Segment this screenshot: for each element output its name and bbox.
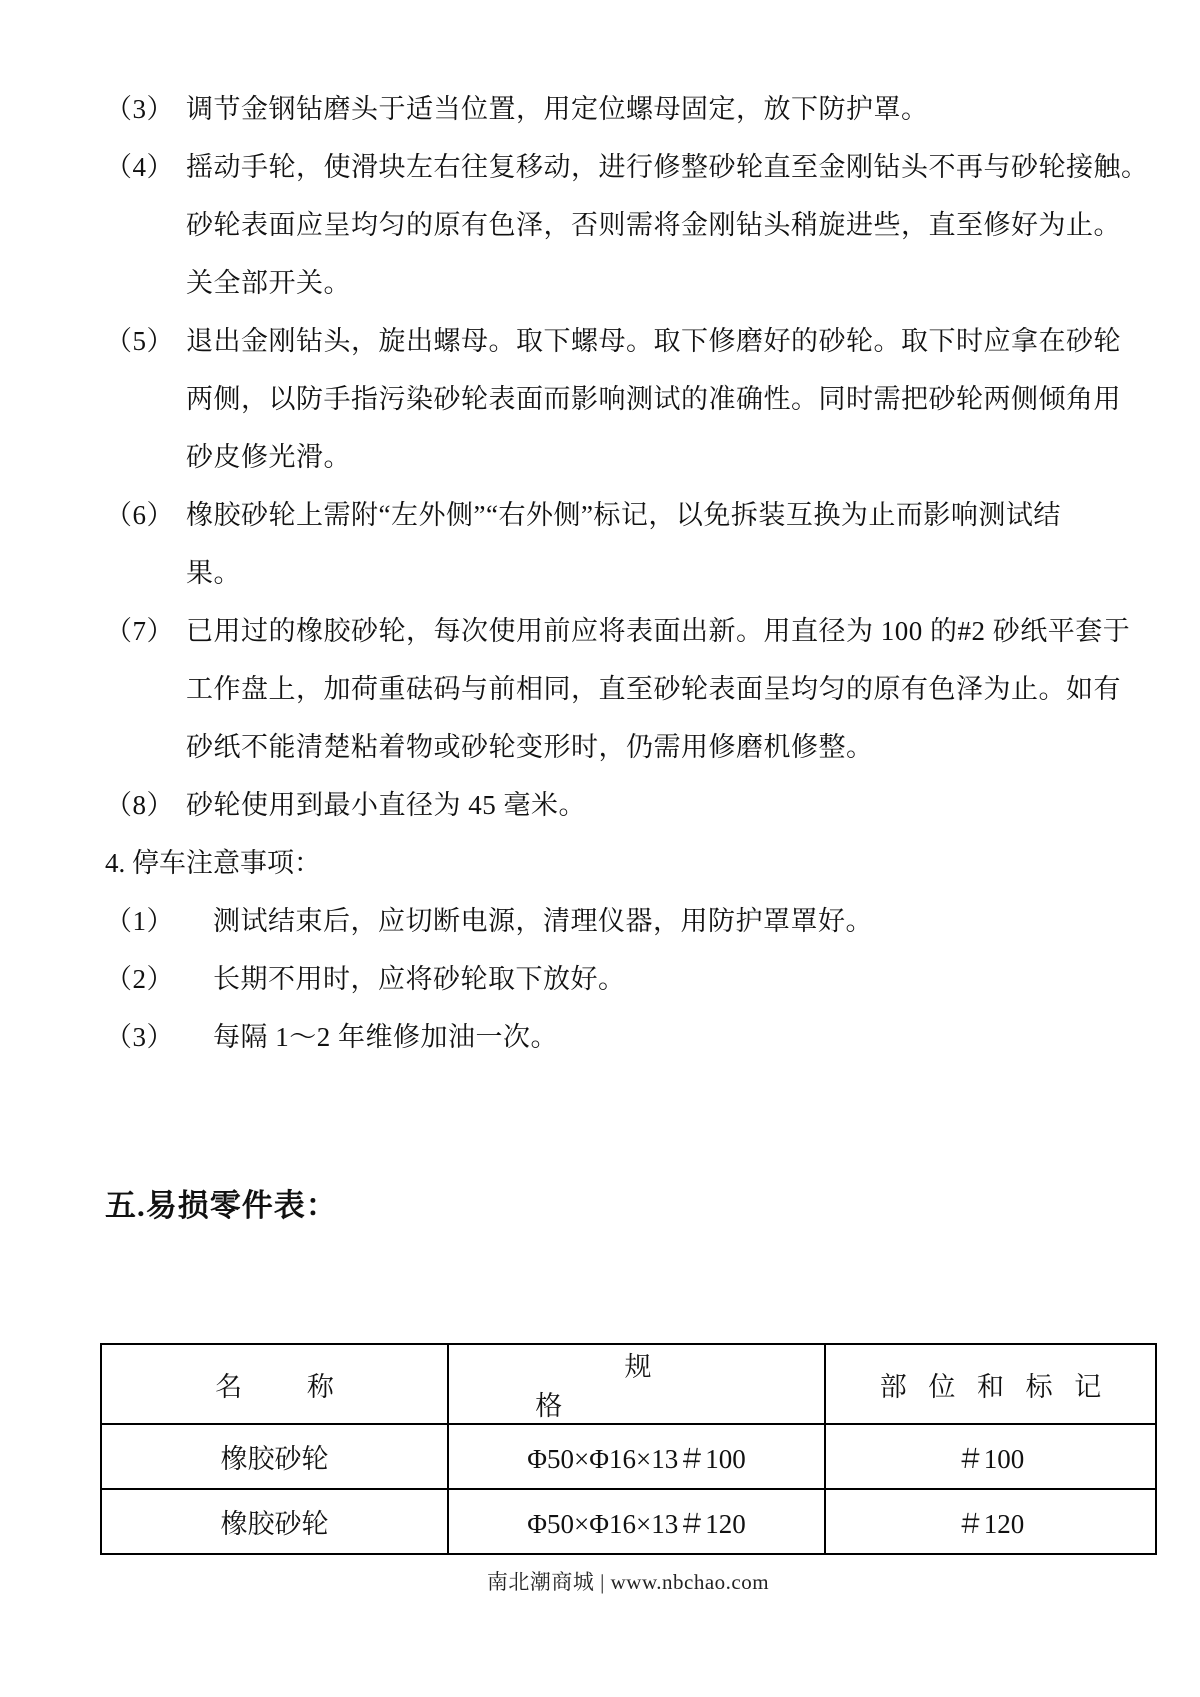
parts-table: 名称 规格 部位和标记 橡胶砂轮 Φ50×Φ16×13＃100 ＃100 橡胶砂… [100,1343,1157,1555]
table-header-name: 名称 [101,1344,448,1424]
item-text: 橡胶砂轮上需附“左外侧”“右外侧”标记，以免拆装互换为止而影响测试结 [186,500,1061,530]
cell-spec: Φ50×Φ16×13＃100 [448,1424,825,1489]
item-text: 砂轮使用到最小直径为 45 毫米。 [186,790,586,820]
item-text: 退出金刚钻头，旋出螺母。取下螺母。取下修磨好的砂轮。取下时应拿在砂轮 [186,326,1121,356]
item-text: 砂皮修光滑。 [105,428,1105,486]
item-marker: （8） [105,776,186,834]
item-marker: （3） [105,80,186,138]
cell-mark: ＃100 [825,1424,1156,1489]
table-header-spec: 规格 [448,1344,825,1424]
item-text: 工作盘上，加荷重砝码与前相同，直至砂轮表面呈均匀的原有色泽为止。如有 [105,660,1105,718]
table-header-mark: 部位和标记 [825,1344,1156,1424]
list-item: （4）摇动手轮，使滑块左右往复移动，进行修整砂轮直至金刚钻头不再与砂轮接触。 砂… [105,138,1105,312]
item-text: 测试结束后，应切断电源，清理仪器，用防护罩罩好。 [213,906,873,936]
cell-name: 橡胶砂轮 [101,1424,448,1489]
item-marker: （5） [105,312,186,370]
cell-spec: Φ50×Φ16×13＃120 [448,1489,825,1554]
list-item: （8）砂轮使用到最小直径为 45 毫米。 [105,776,1105,834]
item-marker: （3） [105,1008,213,1066]
section4-heading: 4. 停车注意事项： [105,834,1105,892]
item-text: 长期不用时，应将砂轮取下放好。 [213,964,626,994]
list-item: （6）橡胶砂轮上需附“左外侧”“右外侧”标记，以免拆装互换为止而影响测试结 果。 [105,486,1105,602]
item-text: 已用过的橡胶砂轮，每次使用前应将表面出新。用直径为 100 的#2 砂纸平套于 [186,616,1130,646]
item-text: 每隔 1～2 年维修加油一次。 [213,1022,558,1052]
list-item: （3）每隔 1～2 年维修加油一次。 [105,1008,1105,1066]
cell-mark: ＃120 [825,1489,1156,1554]
list-item: （5）退出金刚钻头，旋出螺母。取下螺母。取下修磨好的砂轮。取下时应拿在砂轮 两侧… [105,312,1105,486]
table-header-row: 名称 规格 部位和标记 [101,1344,1156,1424]
list-item: （2）长期不用时，应将砂轮取下放好。 [105,950,1105,1008]
site-footer: 南北潮商城 | www.nbchao.com [28,1566,1200,1596]
item-text: 摇动手轮，使滑块左右往复移动，进行修整砂轮直至金刚钻头不再与砂轮接触。 [186,152,1149,182]
item-marker: （2） [105,950,213,1008]
list-item: （7）已用过的橡胶砂轮，每次使用前应将表面出新。用直径为 100 的#2 砂纸平… [105,602,1105,776]
item-marker: （7） [105,602,186,660]
item-marker: （1） [105,892,213,950]
item-marker: （6） [105,486,186,544]
item-text: 砂纸不能清楚粘着物或砂轮变形时，仍需用修磨机修整。 [105,718,1105,776]
item-marker: （4） [105,138,186,196]
list-item: （1）测试结束后，应切断电源，清理仪器，用防护罩罩好。 [105,892,1105,950]
item-text: 两侧，以防手指污染砂轮表面而影响测试的准确性。同时需把砂轮两侧倾角用 [105,370,1105,428]
item-text: 调节金钢钻磨头于适当位置，用定位螺母固定，放下防护罩。 [186,94,929,124]
document-body: （3）调节金钢钻磨头于适当位置，用定位螺母固定，放下防护罩。 （4）摇动手轮，使… [105,80,1105,1226]
item-text: 关全部开关。 [105,254,1105,312]
item-text: 砂轮表面应呈均匀的原有色泽，否则需将金刚钻头稍旋进些，直至修好为止。 [105,196,1105,254]
table-row: 橡胶砂轮 Φ50×Φ16×13＃120 ＃120 [101,1489,1156,1554]
list-item: （3）调节金钢钻磨头于适当位置，用定位螺母固定，放下防护罩。 [105,80,1105,138]
table-row: 橡胶砂轮 Φ50×Φ16×13＃100 ＃100 [101,1424,1156,1489]
item-text: 果。 [105,544,1105,602]
section5-heading: 五.易损零件表： [105,1186,1105,1226]
cell-name: 橡胶砂轮 [101,1489,448,1554]
